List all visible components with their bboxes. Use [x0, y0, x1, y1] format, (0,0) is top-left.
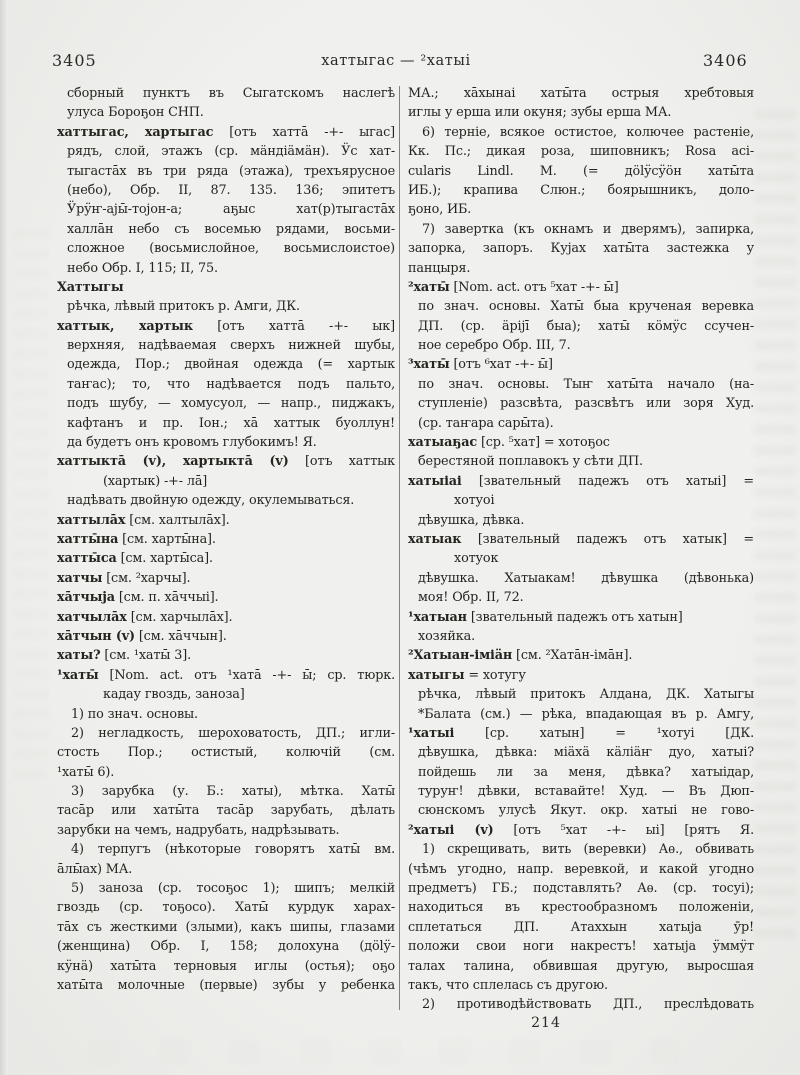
line-text: (женщина) Обр. I, 158; долохуна (дölӱ-: [57, 939, 395, 954]
line-text: 6) терніе, всякое остистое, колючее раст…: [422, 125, 754, 140]
dictionary-line: тāх съ жесткими (злыми), какъ шипы, глаз…: [57, 918, 395, 937]
scan-artifact: [90, 1040, 710, 1064]
dictionary-line: сюнскомъ улусѣ Якут. окр. хатыі не гово-: [408, 801, 754, 820]
dictionary-line: (чѣмъ угодно, напр. веревкой, и какой уг…: [408, 860, 754, 879]
dictionary-line: хаты? [см. ¹хаты̄ 3].: [57, 646, 395, 665]
dictionary-line: 1) скрещивать, вить (веревки) Аѳ., обвив…: [408, 840, 754, 859]
running-title: хаттыгас — ²хатыі: [321, 53, 471, 69]
dictionary-line: предметъ) ГБ.; подставлять? Аѳ. (ср. тос…: [408, 879, 754, 898]
dictionary-line: положи свои ноги накрестъ! хатыjа ӱммӱт: [408, 937, 754, 956]
line-text: ҕоно, ИБ.: [408, 202, 471, 217]
dictionary-line: ³хаты̄ [отъ ⁶хат -+- ы̄]: [408, 355, 754, 374]
dictionary-line: āлы̄ах) МА.: [57, 860, 395, 879]
dictionary-line: 2) негладкость, шероховатость, ДП.; игли…: [57, 724, 395, 743]
dictionary-line: хāтчыjа [см. п. хāччыі].: [57, 588, 395, 607]
dictionary-line: хаттылāх [см. халтылāх].: [57, 511, 395, 530]
line-text: (чѣмъ угодно, напр. веревкой, и какой уг…: [408, 862, 754, 877]
dictionary-line: дѣвушка, дѣвка: міäхä кäліäҥ дуо, хатыі?: [408, 743, 754, 762]
line-text: моя! Обр. II, 72.: [418, 590, 524, 605]
line-text: Ӱрӱҥ-аjы̄-тоjон-а; аҕыс хат(р)тыгастāх: [67, 202, 395, 217]
line-text: положи свои ноги накрестъ! хатыjа ӱммӱт: [408, 939, 754, 954]
headword: хатыгы: [408, 668, 464, 683]
line-text: рядъ, слой, этажъ (ср. мäндіäмäн). Ӱс ха…: [67, 144, 395, 159]
headword: ²Хатыан-іміäн: [408, 648, 512, 663]
line-text: зарубки на чемъ, надрубать, надрѣзывать.: [57, 823, 339, 838]
line-text: дѣвушка, дѣвка: міäхä кäліäҥ дуо, хатыі?: [418, 745, 754, 760]
line-text: тыгастāх въ три ряда (этажа), трехъярусн…: [67, 164, 395, 179]
dictionary-line: таҥас); то, что надѣвается подъ пальто,: [57, 375, 395, 394]
dictionary-line: хотуок: [408, 549, 754, 568]
line-text: (ср. таҥара сары̄та).: [418, 416, 554, 431]
line-text: находиться въ крестообразномъ положеніи,: [408, 900, 754, 915]
dictionary-line: ¹хаты̄ 6).: [57, 763, 395, 782]
scan-artifact: [14, 230, 48, 790]
headword: хаттыгас, хартыгас: [57, 125, 213, 140]
line-text: кафтанъ и пр. Іон.; хā хаттык буоллун!: [67, 416, 395, 431]
line-text: [см. харты̄са].: [117, 551, 213, 566]
line-text: тасāр или хаты̄та тасāр зарубать, дѣлать: [57, 803, 395, 818]
headword: хатыак: [408, 532, 461, 547]
line-text: гвоздь (ср. тоҕосо). Хаты̄ курдук харах-: [57, 900, 395, 915]
headword: хатты̄са: [57, 551, 117, 566]
dictionary-line: надѣвать двойную одежду, окулемываться.: [57, 491, 395, 510]
headword: ²хатыі (v): [408, 823, 494, 838]
headword: хаты?: [57, 648, 100, 663]
dictionary-line: сплетаться ДП. Атаххын хатыjа ӯр!: [408, 918, 754, 937]
dictionary-line: улуса Бороҕон СНП.: [57, 103, 395, 122]
dictionary-line: 1) по знач. основы.: [57, 705, 395, 724]
dictionary-line: ИБ.); крапива Слюн.; боярышникъ, доло-: [408, 181, 754, 200]
dictionary-line: стость Пор.; остистый, колючій (см.: [57, 743, 395, 762]
headword: хаттыктā (v), хартыктā (v): [57, 454, 289, 469]
dictionary-line: хатыаҕас [ср. ⁵хат] = хотоҕос: [408, 433, 754, 452]
dictionary-line: да будетъ онъ кровомъ глубокимъ! Я.: [57, 433, 395, 452]
dictionary-line: хотуоі: [408, 491, 754, 510]
dictionary-line: хаты̄та молочные (первые) зубы у ребенка: [57, 976, 395, 995]
dictionary-line: (женщина) Обр. I, 158; долохуна (дölӱ-: [57, 937, 395, 956]
line-text: предметъ) ГБ.; подставлять? Аѳ. (ср. тос…: [408, 881, 754, 896]
line-text: (хартык) -+- лā]: [103, 474, 207, 489]
line-text: [Nom. act. отъ ¹хатā -+- ы̄; ср. тюрк.: [99, 668, 395, 683]
dictionary-line: хатыгы = хотугу: [408, 666, 754, 685]
line-text: одежда, Пор.; двойная одежда (= хартык: [67, 357, 395, 372]
line-text: пойдешь ли за меня, дѣвка? хатыідар,: [418, 765, 754, 780]
headword: хатыіаі: [408, 474, 462, 489]
dictionary-line: моя! Обр. II, 72.: [408, 588, 754, 607]
headword: хаттылāх: [57, 513, 125, 528]
dictionary-line: хатты̄на [см. харты̄на].: [57, 530, 395, 549]
line-text: по знач. основы. Хаты̄ быа крученая вере…: [418, 299, 754, 314]
dictionary-column-left: сборный пунктъ въ Сыгатскомъ наслегѣулус…: [57, 84, 395, 995]
line-text: [отъ ⁶хат -+- ы̄]: [450, 357, 553, 372]
dictionary-line: ҕоно, ИБ.: [408, 200, 754, 219]
line-text: туруҥ! дѣвки, вставайте! Худ. — Въ Дюп-: [418, 784, 754, 799]
dictionary-line: халлāн небо съ восемью рядами, восьми-: [57, 220, 395, 239]
line-text: кӱнä) хаты̄та терновыя иглы (остья); оҕо: [57, 959, 395, 974]
line-text: [см. ²Хатāн-імāн].: [512, 648, 632, 663]
line-text: надѣвать двойную одежду, окулемываться.: [67, 493, 354, 508]
line-text: 5) заноза (ср. тосоҕос 1); шипъ; мелкій: [71, 881, 395, 896]
dictionary-line: по знач. основы. Хаты̄ быа крученая вере…: [408, 297, 754, 316]
line-text: [отъ хаттā -+- ык]: [193, 319, 395, 334]
dictionary-line: верхняя, надѣваемая сверхъ нижней шубы,: [57, 336, 395, 355]
line-text: [см. харты̄на].: [118, 532, 216, 547]
dictionary-line: cularis Lindl. М. (= дölӱсӱöн хаты̄та: [408, 162, 754, 181]
headword: хāтчын (v): [57, 629, 135, 644]
line-text: ное серебро Обр. III, 7.: [418, 338, 570, 353]
line-text: 4) терпугъ (нѣкоторые говорятъ хаты̄ вм.: [71, 842, 395, 857]
line-text: дѣвушка, дѣвка.: [418, 513, 524, 528]
line-text: Кк. Пс.; дикая роза, шиповникъ; Rosa aci…: [408, 144, 754, 159]
line-text: [см. ¹хаты̄ 3].: [100, 648, 191, 663]
dictionary-line: хатты̄са [см. харты̄са].: [57, 549, 395, 568]
dictionary-line: хаттыгас, хартыгас [отъ хаттā -+- ыгас]: [57, 123, 395, 142]
line-text: такъ, что сплелась съ другою.: [408, 978, 608, 993]
line-text: талах талина, обвившая другую, выросшая: [408, 959, 754, 974]
dictionary-line: зарубки на чемъ, надрубать, надрѣзывать.: [57, 821, 395, 840]
headword: ¹хаты̄: [57, 668, 99, 683]
line-text: [звательный падежъ отъ хатык] =: [461, 532, 754, 547]
line-text: сюнскомъ улусѣ Якут. окр. хатыі не гово-: [418, 803, 754, 818]
line-text: = хотугу: [464, 668, 525, 683]
line-text: [отъ ⁵хат -+- ыі] [рятъ Я.: [494, 823, 754, 838]
dictionary-line: 7) завертка (къ окнамъ и дверямъ), запир…: [408, 220, 754, 239]
sheet-signature-number: 214: [531, 1015, 561, 1031]
dictionary-line: ¹хатыі [ср. хатын] = ¹хотуі [ДК.: [408, 724, 754, 743]
line-text: подъ шубу, — хомусуол, — напр., пиджакъ,: [67, 396, 395, 411]
dictionary-line: хāтчын (v) [см. хāччын].: [57, 627, 395, 646]
headword: ¹хатыан: [408, 610, 467, 625]
dictionary-line: ДП. (ср. äріjī быа); хаты̄ кöмӱс ссучен-: [408, 317, 754, 336]
dictionary-line: ступленіе) разсвѣта, разсвѣтъ или зоря Х…: [408, 394, 754, 413]
dictionary-line: рѣчка, лѣвый притокъ р. Амги, ДК.: [57, 297, 395, 316]
dictionary-line: подъ шубу, — хомусуол, — напр., пиджакъ,: [57, 394, 395, 413]
line-text: [ср. хатын] = ¹хотуі [ДК.: [454, 726, 754, 741]
line-text: небо Обр. I, 115; II, 75.: [67, 261, 218, 276]
dictionary-line: рядъ, слой, этажъ (ср. мäндіäмäн). Ӱс ха…: [57, 142, 395, 161]
line-text: хотуоі: [454, 493, 494, 508]
line-text: 1) скрещивать, вить (веревки) Аѳ., обвив…: [422, 842, 754, 857]
dictionary-line: хаттыктā (v), хартыктā (v) [отъ хаттык: [57, 452, 395, 471]
headword: хатчы: [57, 571, 102, 586]
line-text: [см. п. хāччыі].: [115, 590, 219, 605]
line-text: (небо), Обр. II, 87. 135. 136; эпитетъ: [67, 183, 395, 198]
line-text: кадау гвоздь, заноза]: [103, 687, 245, 702]
line-text: [ср. ⁵хат] = хотоҕос: [477, 435, 610, 450]
line-text: [звательный падежъ отъ хатын]: [467, 610, 683, 625]
headword: хāтчыjа: [57, 590, 115, 605]
headword: ³хаты̄: [408, 357, 450, 372]
headword: ¹хатыі: [408, 726, 454, 741]
line-text: āлы̄ах) МА.: [57, 862, 132, 877]
dictionary-line: 6) терніе, всякое остистое, колючее раст…: [408, 123, 754, 142]
dictionary-line: тыгастāх въ три ряда (этажа), трехъярусн…: [57, 162, 395, 181]
line-text: МА.; хāхынаі хаты̄та острыя хребтовыя: [408, 86, 754, 101]
dictionary-line: одежда, Пор.; двойная одежда (= хартык: [57, 355, 395, 374]
headword: хатты̄на: [57, 532, 118, 547]
dictionary-line: ¹хатыан [звательный падежъ отъ хатын]: [408, 608, 754, 627]
line-text: хозяйка.: [418, 629, 475, 644]
line-text: дѣвушка. Хатыакам! дѣвушка (дѣвонька): [418, 571, 754, 586]
line-text: cularis Lindl. М. (= дölӱсӱöн хаты̄та: [408, 164, 754, 179]
line-text: [см. харчылāх].: [127, 610, 233, 625]
line-text: *Балата (см.) — рѣка, впадающая въ р. Ам…: [418, 707, 754, 722]
dictionary-line: туруҥ! дѣвки, вставайте! Худ. — Въ Дюп-: [408, 782, 754, 801]
dictionary-line: гвоздь (ср. тоҕосо). Хаты̄ курдук харах-: [57, 898, 395, 917]
dictionary-line: ²Хатыан-іміäн [см. ²Хатāн-імāн].: [408, 646, 754, 665]
line-text: хотуок: [454, 551, 498, 566]
dictionary-line: дѣвушка, дѣвка.: [408, 511, 754, 530]
line-text: сплетаться ДП. Атаххын хатыjа ӯр!: [408, 920, 754, 935]
scanned-page: { "header": { "left_page_number": "3405"…: [0, 0, 800, 1075]
dictionary-line: кафтанъ и пр. Іон.; хā хаттык буоллун!: [57, 414, 395, 433]
dictionary-line: находиться въ крестообразномъ положеніи,: [408, 898, 754, 917]
line-text: стость Пор.; остистый, колючій (см.: [57, 745, 395, 760]
line-text: таҥас); то, что надѣвается подъ пальто,: [67, 377, 395, 392]
dictionary-line: хатыак [звательный падежъ отъ хатык] =: [408, 530, 754, 549]
dictionary-line: по знач. основы. Тыҥ хаты̄та начало (на-: [408, 375, 754, 394]
line-text: сложное (восьмислойное, восьмислоистое): [67, 241, 395, 256]
dictionary-line: ¹хаты̄ [Nom. act. отъ ¹хатā -+- ы̄; ср. …: [57, 666, 395, 685]
line-text: рѣчка, лѣвый притокъ р. Амги, ДК.: [67, 299, 300, 314]
line-text: [звательный падежъ отъ хатыі] =: [462, 474, 754, 489]
dictionary-line: сложное (восьмислойное, восьмислоистое): [57, 239, 395, 258]
line-text: иглы у ерша или окуня; зубы ерша МА.: [408, 105, 671, 120]
dictionary-line: хаттык, хартык [отъ хаттā -+- ык]: [57, 317, 395, 336]
page-edge-shadow: [0, 0, 8, 1075]
dictionary-line: Ӱрӱҥ-аjы̄-тоjон-а; аҕыс хат(р)тыгастāх: [57, 200, 395, 219]
dictionary-line: кадау гвоздь, заноза]: [57, 685, 395, 704]
headword: ²хаты̄: [408, 280, 450, 295]
line-text: 1) по знач. основы.: [71, 707, 198, 722]
line-text: 3) зарубка (у. Б.: хаты), мѣтка. Хаты̄: [71, 784, 395, 799]
line-text: берестяной поплавокъ у сѣти ДП.: [418, 454, 643, 469]
headword: хатыаҕас: [408, 435, 477, 450]
line-text: рѣчка, лѣвый притокъ Алдана, ДК. Хатыгы: [418, 687, 754, 702]
dictionary-line: кӱнä) хаты̄та терновыя иглы (остья); оҕо: [57, 957, 395, 976]
dictionary-line: *Балата (см.) — рѣка, впадающая въ р. Ам…: [408, 705, 754, 724]
dictionary-line: Кк. Пс.; дикая роза, шиповникъ; Rosa aci…: [408, 142, 754, 161]
line-text: 7) завертка (къ окнамъ и дверямъ), запир…: [422, 222, 754, 237]
dictionary-line: 2) противодѣйствовать ДП., преслѣдовать: [408, 995, 754, 1014]
dictionary-line: хатчылāх [см. харчылāх].: [57, 608, 395, 627]
dictionary-line: небо Обр. I, 115; II, 75.: [57, 259, 395, 278]
dictionary-line: рѣчка, лѣвый притокъ Алдана, ДК. Хатыгы: [408, 685, 754, 704]
line-text: да будетъ онъ кровомъ глубокимъ! Я.: [67, 435, 317, 450]
column-divider: [399, 86, 400, 1010]
dictionary-line: ²хаты̄ [Nom. act. отъ ⁵хат -+- ы̄]: [408, 278, 754, 297]
left-page-number: 3405: [52, 51, 97, 70]
line-text: ИБ.); крапива Слюн.; боярышникъ, доло-: [408, 183, 754, 198]
dictionary-line: хозяйка.: [408, 627, 754, 646]
dictionary-line: пойдешь ли за меня, дѣвка? хатыідар,: [408, 763, 754, 782]
line-text: ступленіе) разсвѣта, разсвѣтъ или зоря Х…: [418, 396, 754, 411]
line-text: [Nom. act. отъ ⁵хат -+- ы̄]: [450, 280, 619, 295]
dictionary-line: сборный пунктъ въ Сыгатскомъ наслегѣ: [57, 84, 395, 103]
dictionary-line: иглы у ерша или окуня; зубы ерша МА.: [408, 103, 754, 122]
dictionary-line: берестяной поплавокъ у сѣти ДП.: [408, 452, 754, 471]
line-text: панцыря.: [408, 261, 470, 276]
line-text: верхняя, надѣваемая сверхъ нижней шубы,: [67, 338, 395, 353]
dictionary-line: такъ, что сплелась съ другою.: [408, 976, 754, 995]
dictionary-line: хатчы [см. ²харчы].: [57, 569, 395, 588]
line-text: сборный пунктъ въ Сыгатскомъ наслегѣ: [67, 86, 395, 101]
line-text: 2) противодѣйствовать ДП., преслѣдовать: [422, 997, 754, 1012]
dictionary-line: (небо), Обр. II, 87. 135. 136; эпитетъ: [57, 181, 395, 200]
line-text: [отъ хаттык: [289, 454, 395, 469]
dictionary-line: панцыря.: [408, 259, 754, 278]
dictionary-line: Хаттыгы: [57, 278, 395, 297]
line-text: запорка, запоръ. Куjах хаты̄та застежка …: [408, 241, 754, 256]
dictionary-line: ²хатыі (v) [отъ ⁵хат -+- ыі] [рятъ Я.: [408, 821, 754, 840]
line-text: [см. ²харчы].: [102, 571, 190, 586]
dictionary-line: запорка, запоръ. Куjах хаты̄та застежка …: [408, 239, 754, 258]
dictionary-line: ное серебро Обр. III, 7.: [408, 336, 754, 355]
line-text: хаты̄та молочные (первые) зубы у ребенка: [57, 978, 395, 993]
line-text: [см. халтылāх].: [125, 513, 229, 528]
headword: хатчылāх: [57, 610, 127, 625]
right-page-number: 3406: [703, 51, 748, 70]
line-text: халлāн небо съ восемью рядами, восьми-: [67, 222, 395, 237]
line-text: тāх съ жесткими (злыми), какъ шипы, глаз…: [57, 920, 395, 935]
dictionary-line: 3) зарубка (у. Б.: хаты), мѣтка. Хаты̄: [57, 782, 395, 801]
line-text: ДП. (ср. äріjī быа); хаты̄ кöмӱс ссучен-: [418, 319, 754, 334]
headword: Хаттыгы: [57, 280, 124, 295]
line-text: по знач. основы. Тыҥ хаты̄та начало (на-: [418, 377, 754, 392]
dictionary-column-right: МА.; хāхынаі хаты̄та острыя хребтовыяигл…: [408, 84, 754, 1015]
scan-artifact: [754, 110, 796, 940]
dictionary-line: 4) терпугъ (нѣкоторые говорятъ хаты̄ вм.: [57, 840, 395, 859]
dictionary-line: МА.; хāхынаі хаты̄та острыя хребтовыя: [408, 84, 754, 103]
dictionary-line: тасāр или хаты̄та тасāр зарубать, дѣлать: [57, 801, 395, 820]
dictionary-line: (ср. таҥара сары̄та).: [408, 414, 754, 433]
line-text: ¹хаты̄ 6).: [57, 765, 114, 780]
dictionary-line: талах талина, обвившая другую, выросшая: [408, 957, 754, 976]
dictionary-line: дѣвушка. Хатыакам! дѣвушка (дѣвонька): [408, 569, 754, 588]
dictionary-line: 5) заноза (ср. тосоҕос 1); шипъ; мелкій: [57, 879, 395, 898]
line-text: 2) негладкость, шероховатость, ДП.; игли…: [71, 726, 395, 741]
line-text: [отъ хаттā -+- ыгас]: [213, 125, 395, 140]
dictionary-line: хатыіаі [звательный падежъ отъ хатыі] =: [408, 472, 754, 491]
headword: хаттык, хартык: [57, 319, 193, 334]
line-text: [см. хāччын].: [135, 629, 227, 644]
line-text: улуса Бороҕон СНП.: [67, 105, 204, 120]
dictionary-line: (хартык) -+- лā]: [57, 472, 395, 491]
